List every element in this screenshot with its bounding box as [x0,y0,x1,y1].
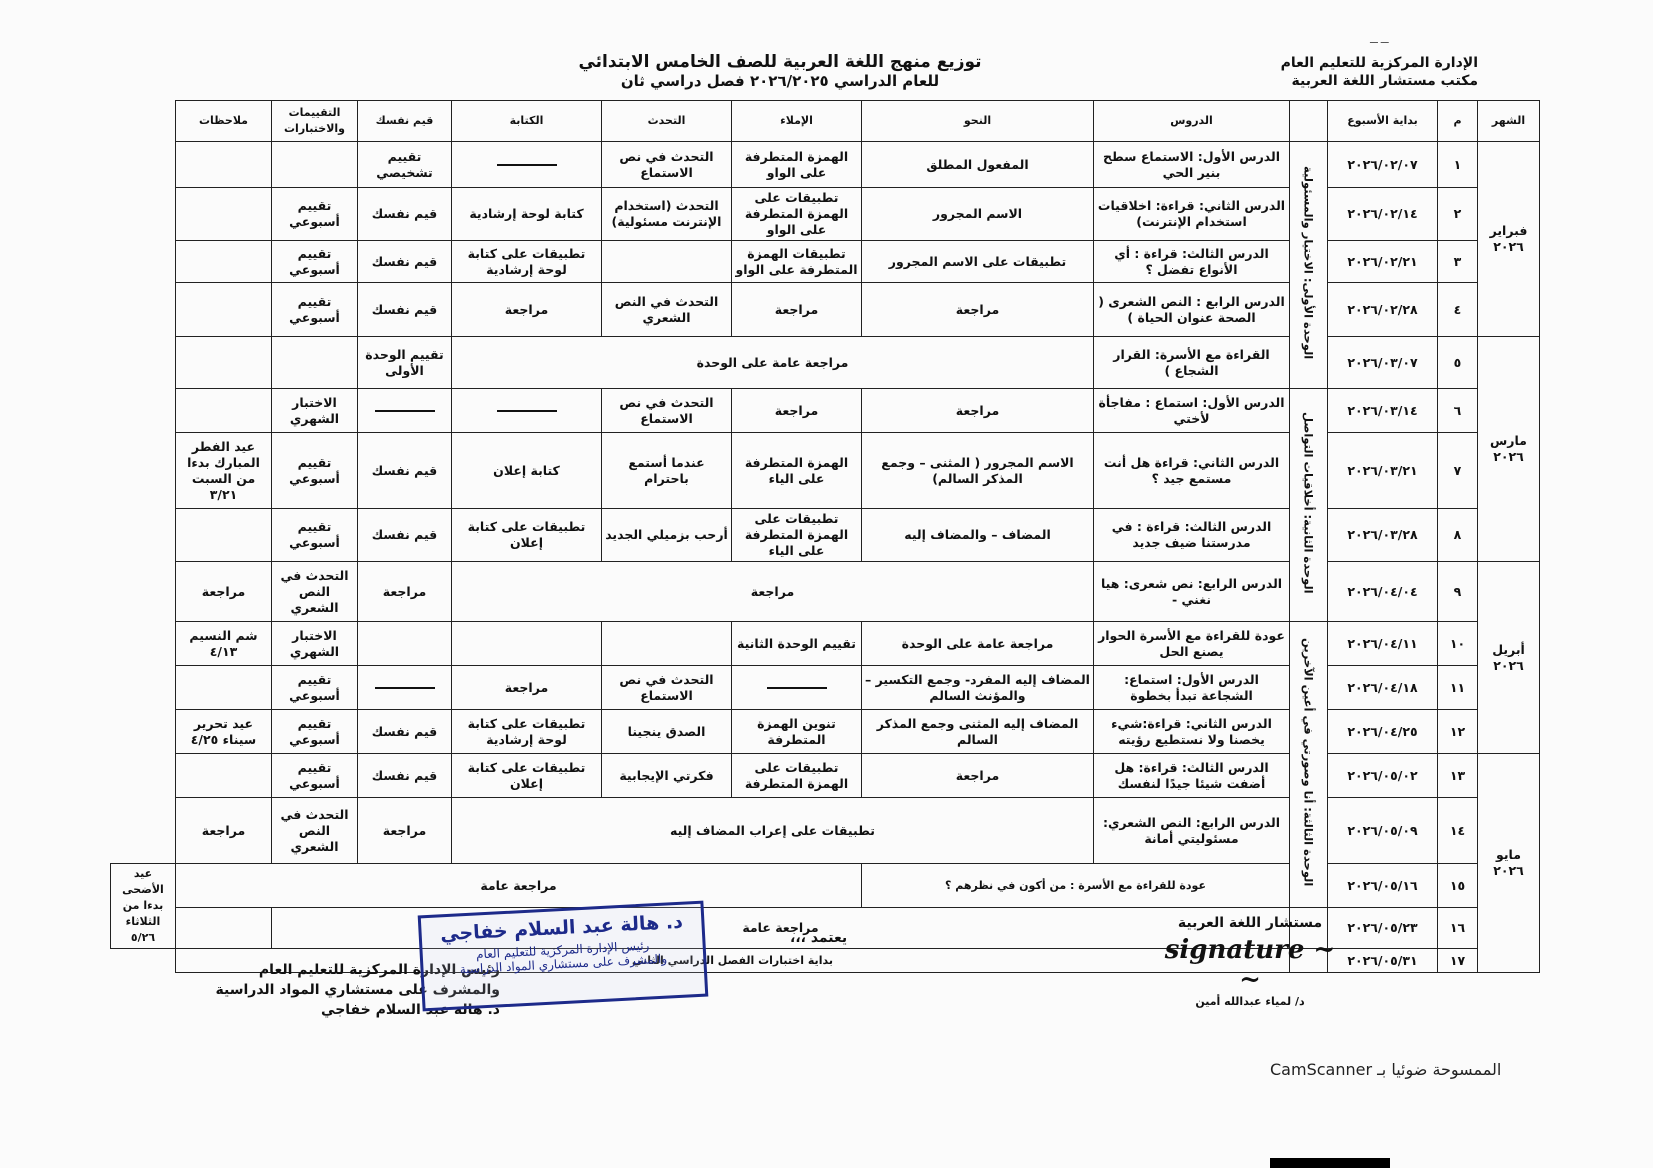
week-date: ٢٠٢٦/٠٥/٠٢ [1328,754,1438,798]
notes-cell: عيد تحرير سيناء ٤/٢٥ [176,710,272,754]
col-unit [1290,101,1328,142]
notes-cell [176,188,272,241]
table-row: ٦ ٢٠٢٦/٠٣/١٤ الوحدة الثانية: أخلاقيات ال… [111,389,1540,433]
unit-cell: الوحدة الثالثة: أنا وصورتي في أعين الآخر… [1290,622,1328,908]
dash-mark [767,687,827,689]
lesson-cell: الدرس الرابع: نص شعرى: هيا نغني - [1094,562,1290,622]
notes-cell [176,241,272,283]
assessment-cell: الاختبار الشهري [272,389,358,433]
assessment-cell: تقييم أسبوعي [272,283,358,337]
grammar-cell: الاسم المجرور [862,188,1094,241]
dash-mark [375,410,435,412]
col-week-start: بداية الأسبوع [1328,101,1438,142]
self-assessment-cell: قيم نفسك [358,283,452,337]
dictation-cell: الهمزة المتطرفة على الياء [732,433,862,509]
table-row: فبراير ٢٠٢٦ ١ ٢٠٢٦/٠٢/٠٧ الوحدة الأولى: … [111,142,1540,188]
month-cell: مايو ٢٠٢٦ [1478,754,1540,973]
dictation-cell: تطبيقات الهمزة المتطرفة على الواو [732,241,862,283]
table-row: ١٠ ٢٠٢٦/٠٤/١١ الوحدة الثالثة: أنا وصورتي… [111,622,1540,666]
week-number: ٢ [1438,188,1478,241]
notes-cell [176,142,272,188]
lesson-cell: الدرس الأول: الاستماع سطح بنير الحي [1094,142,1290,188]
col-self-assessment: قيم نفسك [358,101,452,142]
grammar-cell: الاسم المجرور ( المثنى – وجمع المذكر الس… [862,433,1094,509]
consultant-title: مستشار اللغة العربية [1150,915,1350,931]
col-grammar: النحو [862,101,1094,142]
self-assessment-cell: قيم نفسك [358,710,452,754]
speaking-cell: التحدث في نص الاستماع [602,142,732,188]
speaking-cell: عندما أستمع باحترام [602,433,732,509]
self-assessment-cell: قيم نفسك [358,433,452,509]
lesson-cell: الدرس الثاني: قراءة هل أنت مستمع جيد ؟ [1094,433,1290,509]
approval-label: يعتمد ،،، [790,930,847,946]
dictation-cell: تطبيقات على الهمزة المتطرفة [732,754,862,798]
grammar-cell: مراجعة [862,754,1094,798]
week-number: ١١ [1438,666,1478,710]
notes-cell [176,666,272,710]
black-bar [1270,1158,1390,1168]
self-assessment-cell: تقييم الوحدة الأولى [358,337,452,389]
writing-cell: مراجعة [452,283,602,337]
official-stamp: د. هالة عبد السلام خفاجي رئيس الإدارة ال… [418,901,709,1012]
week-date: ٢٠٢٦/٠٣/٢٨ [1328,509,1438,562]
week-number: ١٤ [1438,798,1478,864]
dash-mark [375,687,435,689]
month-cell: فبراير ٢٠٢٦ [1478,142,1540,337]
assessment-cell: الاختبار الشهري [272,622,358,666]
col-writing: الكتابة [452,101,602,142]
unit-label: الوحدة الأولى: الاختيار والمسئولية [1301,166,1317,359]
week-number: ١ [1438,142,1478,188]
week-date: ٢٠٢٦/٠٥/١٦ [1328,864,1438,908]
assessment-cell: تقييم أسبوعي [272,754,358,798]
dictation-cell: تنوين الهمزة المتطرفة [732,710,862,754]
document-title: توزيع منهج اللغة العربية للصف الخامس الا… [560,52,1000,72]
dictation-cell: تطبيقات على الهمزة المتطرفة على الياء [732,509,862,562]
col-speaking: التحدث [602,101,732,142]
self-assessment-cell: قيم نفسك [358,188,452,241]
assessment-cell: التحدث في النص الشعري [272,798,358,864]
notes-cell: عيد الأضحى بدءا من الثلاثاء ٥/٢٦ [111,864,176,949]
self-assessment-cell [358,622,452,666]
grammar-cell: المضاف إليه المثنى وجمع المذكر السالم [862,710,1094,754]
week-number: ٩ [1438,562,1478,622]
speaking-cell: التحدث (استخدام الإنترنت مسئولية) [602,188,732,241]
document-subtitle: للعام الدراسي ٢٠٢٦/٢٠٢٥ فصل دراسي ثان [560,72,1000,90]
grammar-cell: مراجعة [862,283,1094,337]
writing-cell [452,622,602,666]
assessment-cell [272,337,358,389]
self-assessment-cell [358,389,452,433]
notes-cell [176,283,272,337]
writing-cell: تطبيقات على كتابة لوحة إرشادية [452,710,602,754]
unit-label: الوحدة الثالثة: أنا وصورتي في أعين الآخر… [1301,638,1317,886]
merged-review-cell: مراجعة عامة [176,864,862,908]
notes-cell [176,754,272,798]
grammar-cell: المفعول المطلق [862,142,1094,188]
assessment-cell: تقييم أسبوعي [272,710,358,754]
assessment-cell: التحدث في النص الشعري [272,562,358,622]
org-line-1: الإدارة المركزية للتعليم العام [1281,54,1478,72]
writing-cell [452,142,602,188]
organization-header: ـــ ـــ الإدارة المركزية للتعليم العام م… [1281,32,1478,90]
col-notes: ملاحظات [176,101,272,142]
week-number: ٥ [1438,337,1478,389]
consultant-signature-block: مستشار اللغة العربية ~ signature ~ د/ لم… [1150,915,1350,1008]
month-cell: أبريل ٢٠٢٦ [1478,562,1540,754]
col-lessons: الدروس [1094,101,1290,142]
week-date: ٢٠٢٦/٠٤/١١ [1328,622,1438,666]
writing-cell: تطبيقات على كتابة إعلان [452,754,602,798]
assessment-cell: تقييم أسبوعي [272,241,358,283]
notes-cell [176,509,272,562]
week-date: ٢٠٢٦/٠٤/٢٥ [1328,710,1438,754]
table-header-row: الشهر م بداية الأسبوع الدروس النحو الإمل… [111,101,1540,142]
assessment-cell: تقييم أسبوعي [272,433,358,509]
lesson-cell: الدرس الثالث: قراءة : أي الأنواع تفضل ؟ [1094,241,1290,283]
lesson-cell: الدرس الرابع : النص الشعرى ( الصحة عنوان… [1094,283,1290,337]
assessment-cell: تقييم أسبوعي [272,509,358,562]
speaking-cell [602,622,732,666]
week-number: ٧ [1438,433,1478,509]
writing-cell: تطبيقات على كتابة إعلان [452,509,602,562]
notes-cell: شم النسيم ٤/١٣ [176,622,272,666]
col-dictation: الإملاء [732,101,862,142]
lesson-cell: الدرس الأول: استماع : مفاجأة لأختي [1094,389,1290,433]
self-assessment-cell: مراجعة [358,798,452,864]
lesson-cell: الدرس الأول: استماع: الشجاعة تبدأ بخطوة [1094,666,1290,710]
week-number: ١٠ [1438,622,1478,666]
assessment-cell: تقييم أسبوعي [272,188,358,241]
week-date: ٢٠٢٦/٠٢/٢٨ [1328,283,1438,337]
ministry-crest: ـــ ـــ [1281,32,1478,50]
speaking-cell: التحدث في النص الشعري [602,283,732,337]
week-date: ٢٠٢٦/٠٤/٠٤ [1328,562,1438,622]
document-title-block: توزيع منهج اللغة العربية للصف الخامس الا… [560,52,1000,90]
week-date: ٢٠٢٦/٠٥/٠٩ [1328,798,1438,864]
self-assessment-cell [358,666,452,710]
col-month: الشهر [1478,101,1540,142]
lesson-cell: عودة للقراءة مع الأسرة : من أكون في نظره… [862,864,1290,908]
writing-cell: تطبيقات على كتابة لوحة إرشادية [452,241,602,283]
week-date: ٢٠٢٦/٠٣/٢١ [1328,433,1438,509]
grammar-cell: المضاف إليه المفرد- وجمع التكسير – والمؤ… [862,666,1094,710]
week-date: ٢٠٢٦/٠٣/١٤ [1328,389,1438,433]
week-number: ١٢ [1438,710,1478,754]
writing-cell [452,389,602,433]
week-date: ٢٠٢٦/٠٣/٠٧ [1328,337,1438,389]
col-number: م [1438,101,1478,142]
grammar-cell: مراجعة عامة على الوحدة [862,622,1094,666]
lesson-cell: الدرس الثاني: قراءة:شيء يخصنا ولا نستطيع… [1094,710,1290,754]
writing-cell: كتابة لوحة إرشادية [452,188,602,241]
merged-review-cell: مراجعة عامة على الوحدة [452,337,1094,389]
notes-cell: مراجعة [176,798,272,864]
week-number: ٤ [1438,283,1478,337]
col-assessments: التقييمات والاختبارات [272,101,358,142]
unit-label: الوحدة الثانية: أخلاقيات التواصل [1301,412,1317,594]
merged-review-cell: مراجعة [452,562,1094,622]
week-number: ١٣ [1438,754,1478,798]
week-date: ٢٠٢٦/٠٢/٠٧ [1328,142,1438,188]
writing-cell: مراجعة [452,666,602,710]
notes-cell: عيد الفطر المبارك بدءا من السبت ٣/٢١ [176,433,272,509]
week-date: ٢٠٢٦/٠٤/١٨ [1328,666,1438,710]
dictation-cell: تقييم الوحدة الثانية [732,622,862,666]
lesson-cell: عودة للقراءة مع الأسرة الحوار يصنع الحل [1094,622,1290,666]
grammar-cell: المضاف – والمضاف إليه [862,509,1094,562]
lesson-cell: الدرس الثالث: قراءة: هل أضفت شيئا جيدًا … [1094,754,1290,798]
dictation-cell: مراجعة [732,283,862,337]
week-number: ١٥ [1438,864,1478,908]
lesson-cell: الدرس الثاني: قراءة: اخلاقيات استخدام ال… [1094,188,1290,241]
week-number: ٨ [1438,509,1478,562]
dash-mark [497,164,557,166]
grammar-cell: تطبيقات على الاسم المجرور [862,241,1094,283]
self-assessment-cell: قيم نفسك [358,509,452,562]
speaking-cell [602,241,732,283]
self-assessment-cell: تقييم تشخيصي [358,142,452,188]
lesson-cell: الدرس الرابع: النص الشعري: مسئوليتي أمان… [1094,798,1290,864]
assessment-cell: تقييم أسبوعي [272,666,358,710]
speaking-cell: أرحب بزميلي الجديد [602,509,732,562]
week-number: ١٧ [1438,949,1478,973]
dictation-cell: مراجعة [732,389,862,433]
writing-cell: كتابة إعلان [452,433,602,509]
week-number: ٣ [1438,241,1478,283]
self-assessment-cell: قيم نفسك [358,754,452,798]
week-number: ٦ [1438,389,1478,433]
camscanner-watermark: الممسوحة ضوئيا بـ CamScanner [1270,1060,1501,1079]
notes-cell [176,337,272,389]
grammar-cell: مراجعة [862,389,1094,433]
dash-mark [497,410,557,412]
week-date: ٢٠٢٦/٠٢/٢١ [1328,241,1438,283]
scanned-page: ـــ ـــ الإدارة المركزية للتعليم العام م… [0,0,1653,1168]
org-line-2: مكتب مستشار اللغة العربية [1281,72,1478,90]
lesson-cell: القراءة مع الأسرة: القرار الشجاع ) [1094,337,1290,389]
speaking-cell: التحدث في نص الاستماع [602,389,732,433]
unit-cell: الوحدة الأولى: الاختيار والمسئولية [1290,142,1328,389]
speaking-cell: فكرتي الإيجابية [602,754,732,798]
consultant-name: د/ لمياء عبدالله أمين [1150,995,1350,1008]
week-date: ٢٠٢٦/٠٢/١٤ [1328,188,1438,241]
speaking-cell: التحدث في نص الاستماع [602,666,732,710]
unit-cell: الوحدة الثانية: أخلاقيات التواصل [1290,389,1328,622]
dictation-cell: تطبيقات على الهمزة المتطرفة على الواو [732,188,862,241]
curriculum-table: الشهر م بداية الأسبوع الدروس النحو الإمل… [110,100,1540,973]
lesson-cell: الدرس الثالث: قراءة : في مدرستنا ضيف جدي… [1094,509,1290,562]
week-number: ١٦ [1438,908,1478,949]
notes-cell: مراجعة [176,562,272,622]
notes-cell [176,389,272,433]
month-cell: مارس ٢٠٢٦ [1478,337,1540,562]
dictation-cell: الهمزة المتطرفة على الواو [732,142,862,188]
assessment-cell [272,142,358,188]
dictation-cell [732,666,862,710]
self-assessment-cell: قيم نفسك [358,241,452,283]
self-assessment-cell: مراجعة [358,562,452,622]
consultant-signature: ~ signature ~ [1150,935,1350,995]
speaking-cell: الصدق ينجينا [602,710,732,754]
merged-review-cell: تطبيقات على إعراب المضاف إليه [452,798,1094,864]
